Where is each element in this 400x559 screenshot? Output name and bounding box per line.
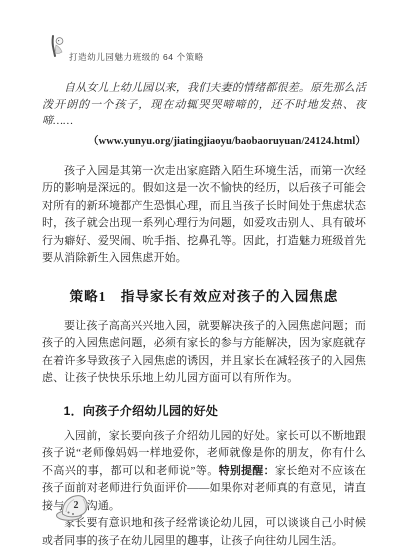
special-reminder-label: 特别提醒： [219,465,275,477]
child-figure-icon [50,34,65,65]
text-column: 自从女儿上幼儿园以来，我们夫妻的情绪都很差。原先那么活泼开朗的一个孩子，现在动辄… [42,80,366,550]
anecdote-quote: 自从女儿上幼儿园以来，我们夫妻的情绪都很差。原先那么活泼开朗的一个孩子，现在动辄… [42,80,366,130]
strategy-paragraph: 要让孩子高高兴兴地入园，就要解决孩子的入园焦虑问题；而孩子的入园焦虑问题，必须有… [42,318,366,388]
running-head: 打造幼儿园魅力班级的 64 个策略 [50,34,204,65]
cap-page-number-icon: 2 [54,487,94,528]
page-number: 2 [74,500,79,511]
intro-paragraph: 孩子入园是其第一次走出家庭踏入陌生环境生活，而第一次经历的影响是深远的。假如这是… [42,163,366,268]
strategy-1-heading: 策略1 指导家长有效应对孩子的入园焦虑 [42,285,366,305]
running-head-title: 打造幼儿园魅力班级的 64 个策略 [69,51,204,65]
quote-source-url: （www.yunyu.org/jiatingjiaoyu/baobaoruyua… [42,133,366,148]
subsection-1-heading: 1．向孩子介绍幼儿园的好处 [42,402,366,419]
book-page: 打造幼儿园魅力班级的 64 个策略 自从女儿上幼儿园以来，我们夫妻的情绪都很差。… [0,0,400,559]
